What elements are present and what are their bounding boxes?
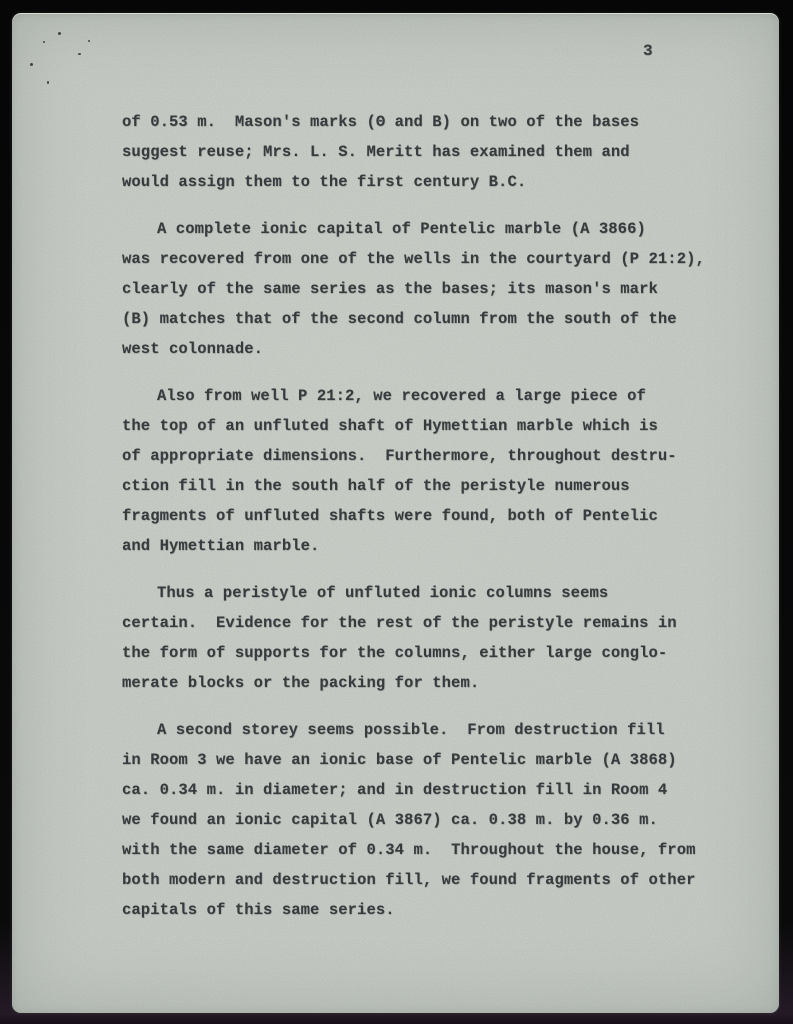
text-line: Thus a peristyle of unfluted ionic colum…	[122, 578, 739, 608]
text-line: ca. 0.34 m. in diameter; and in destruct…	[122, 775, 739, 805]
text-line: both modern and destruction fill, we fou…	[122, 865, 739, 895]
text-line: with the same diameter of 0.34 m. Throug…	[122, 835, 739, 865]
text-line: and Hymettian marble.	[122, 531, 739, 561]
scan-background: 3 of 0.53 m. Mason's marks (Θ and B) on …	[0, 0, 793, 1024]
paragraph: A complete ionic capital of Pentelic mar…	[122, 214, 739, 364]
text-line: Also from well P 21:2, we recovered a la…	[122, 381, 739, 411]
paragraph: Thus a peristyle of unfluted ionic colum…	[122, 578, 739, 698]
text-line: suggest reuse; Mrs. L. S. Meritt has exa…	[122, 137, 739, 167]
ink-speck	[30, 63, 33, 66]
text-line: merate blocks or the packing for them.	[122, 668, 739, 698]
text-line: certain. Evidence for the rest of the pe…	[122, 608, 739, 638]
ink-speck	[78, 53, 81, 55]
text-line: A second storey seems possible. From des…	[122, 715, 739, 745]
text-line: ction fill in the south half of the peri…	[122, 471, 739, 501]
ink-speck	[88, 40, 90, 42]
paragraph: A second storey seems possible. From des…	[122, 715, 739, 925]
text-line: would assign them to the first century B…	[122, 167, 739, 197]
paragraph: Also from well P 21:2, we recovered a la…	[122, 381, 739, 561]
text-line: fragments of unfluted shafts were found,…	[122, 501, 739, 531]
typewritten-text: of 0.53 m. Mason's marks (Θ and B) on tw…	[122, 107, 739, 925]
text-line: of appropriate dimensions. Furthermore, …	[122, 441, 739, 471]
text-line: was recovered from one of the wells in t…	[122, 244, 739, 274]
text-line: we found an ionic capital (A 3867) ca. 0…	[122, 805, 739, 835]
page-number: 3	[643, 42, 653, 60]
text-line: the top of an unfluted shaft of Hymettia…	[122, 411, 739, 441]
text-line: in Room 3 we have an ionic base of Pente…	[122, 745, 739, 775]
text-line: the form of supports for the columns, ei…	[122, 638, 739, 668]
text-line: west colonnade.	[122, 334, 739, 364]
paragraph: of 0.53 m. Mason's marks (Θ and B) on tw…	[122, 107, 739, 197]
text-line: of 0.53 m. Mason's marks (Θ and B) on tw…	[122, 107, 739, 137]
ink-speck	[47, 81, 49, 84]
text-line: clearly of the same series as the bases;…	[122, 274, 739, 304]
text-line: A complete ionic capital of Pentelic mar…	[122, 214, 739, 244]
text-line: (B) matches that of the second column fr…	[122, 304, 739, 334]
ink-speck	[43, 41, 45, 43]
text-line: capitals of this same series.	[122, 895, 739, 925]
ink-speck	[58, 32, 61, 35]
page: 3 of 0.53 m. Mason's marks (Θ and B) on …	[12, 13, 779, 1013]
